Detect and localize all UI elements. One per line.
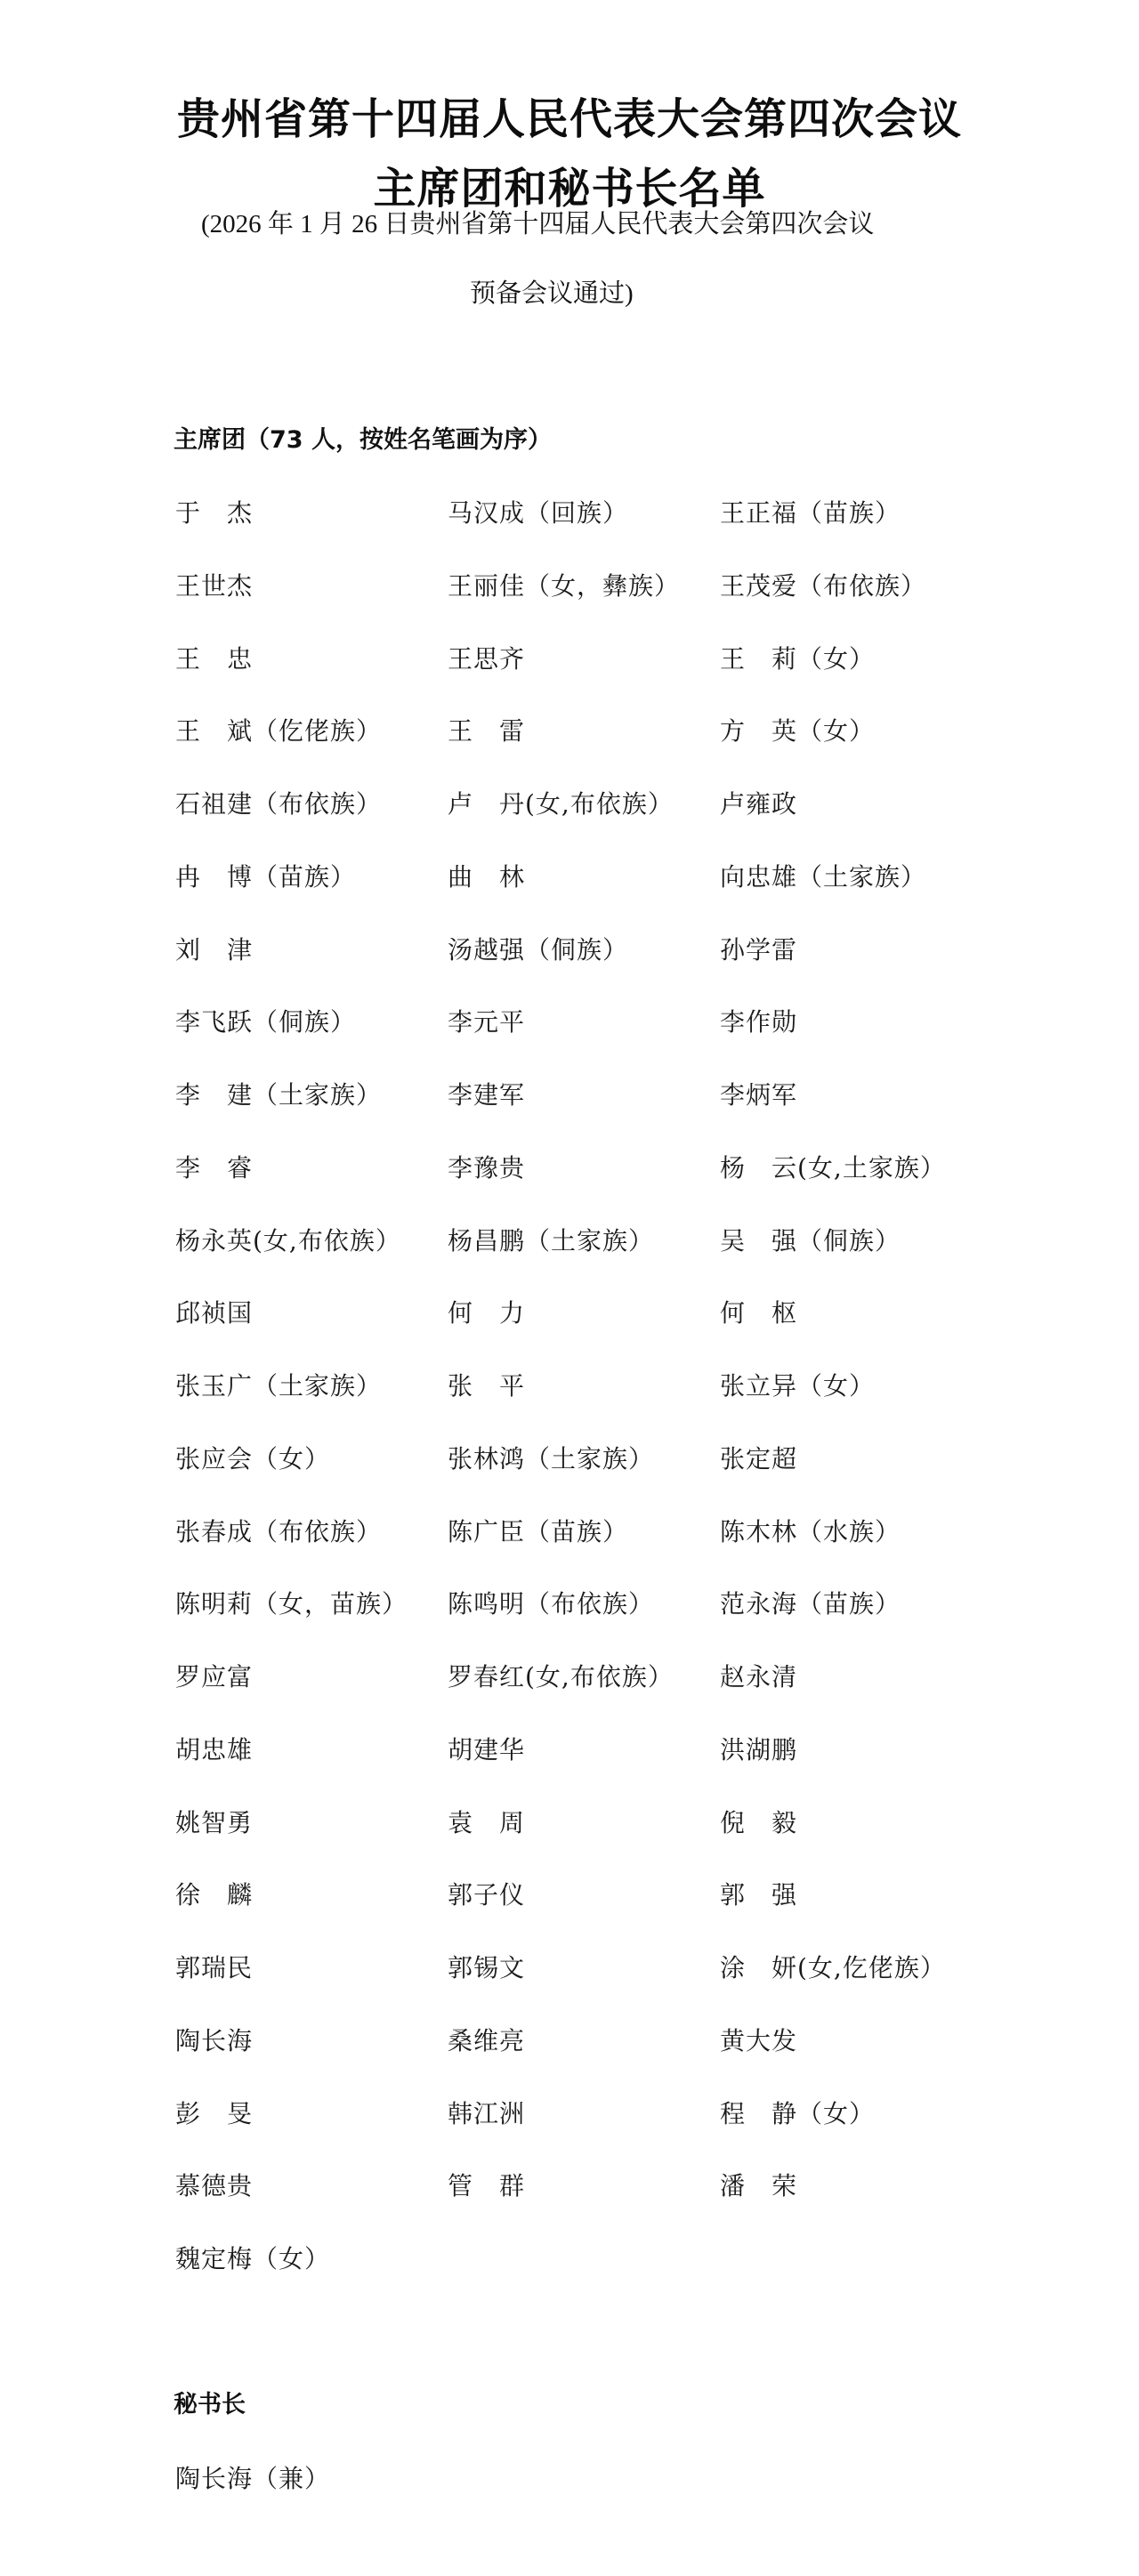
presidium-member: 王思齐 [448, 642, 720, 715]
presidium-member: 徐 麟 [175, 1877, 448, 1950]
presidium-member: 郭 强 [720, 1877, 1030, 1950]
presidium-member: 管 群 [448, 2168, 720, 2241]
presidium-member: 石祖建（布依族） [175, 787, 448, 860]
presidium-member: 李炳军 [720, 1078, 1030, 1151]
presidium-member: 汤越强（侗族） [448, 933, 720, 1005]
presidium-member: 王 莉（女） [720, 642, 1030, 715]
presidium-member: 赵永清 [720, 1659, 1030, 1732]
document-title-line-2: 主席团和秘书长名单 [0, 164, 1139, 214]
presidium-member: 胡忠雄 [175, 1732, 448, 1805]
presidium-member: 卢雍政 [720, 787, 1030, 860]
secretary-general-list: 陶长海（兼） [175, 2461, 330, 2497]
presidium-member: 王 雷 [448, 714, 720, 787]
presidium-member: 陈鸣明（布依族） [448, 1587, 720, 1659]
presidium-member: 刘 津 [175, 933, 448, 1005]
presidium-member: 杨永英(女,布依族） [175, 1223, 448, 1296]
presidium-member: 韩江洲 [448, 2096, 720, 2169]
presidium-member: 陈广臣（苗族） [448, 1514, 720, 1587]
presidium-member: 向忠雄（土家族） [720, 860, 1030, 933]
presidium-member: 张春成（布依族） [175, 1514, 448, 1587]
presidium-member: 杨 云(女,土家族） [720, 1151, 1030, 1223]
presidium-member: 魏定梅（女） [175, 2241, 448, 2314]
presidium-member: 何 力 [448, 1296, 720, 1369]
presidium-member: 李作勋 [720, 1005, 1030, 1078]
presidium-member: 罗春红(女,布依族） [448, 1659, 720, 1732]
secretary-general-member: 陶长海（兼） [175, 2461, 330, 2497]
presidium-member: 吴 强（侗族） [720, 1223, 1030, 1296]
presidium-member: 涂 妍(女,仡佬族） [720, 1950, 1030, 2023]
presidium-member: 程 静（女） [720, 2096, 1030, 2169]
presidium-member: 慕德贵 [175, 2168, 448, 2241]
presidium-heading: 主席团（73 人，按姓名笔画为序） [174, 426, 552, 455]
presidium-member: 黄大发 [720, 2023, 1030, 2096]
presidium-member: 于 杰 [175, 496, 448, 569]
presidium-member: 王世杰 [175, 569, 448, 642]
presidium-member: 卢 丹(女,布依族） [448, 787, 720, 860]
presidium-member: 李 睿 [175, 1151, 448, 1223]
presidium-member: 邱祯国 [175, 1296, 448, 1369]
presidium-member: 郭锡文 [448, 1950, 720, 2023]
presidium-member: 李建军 [448, 1078, 720, 1151]
presidium-member: 郭子仪 [448, 1877, 720, 1950]
presidium-member: 张应会（女） [175, 1441, 448, 1514]
presidium-member: 陶长海 [175, 2023, 448, 2096]
presidium-member: 孙学雷 [720, 933, 1030, 1005]
presidium-member: 冉 博（苗族） [175, 860, 448, 933]
presidium-member: 王正福（苗族） [720, 496, 1030, 569]
document-subtitle-line-2: 预备会议通过) [470, 279, 634, 309]
presidium-member: 袁 周 [448, 1805, 720, 1878]
presidium-member: 姚智勇 [175, 1805, 448, 1878]
presidium-member-list: 于 杰马汉成（回族）王正福（苗族）王世杰王丽佳（女，彝族）王茂爱（布依族）王 忠… [175, 496, 1030, 2314]
presidium-member: 王丽佳（女，彝族） [448, 569, 720, 642]
presidium-member: 李飞跃（侗族） [175, 1005, 448, 1078]
presidium-member: 李 建（土家族） [175, 1078, 448, 1151]
presidium-member: 王茂爱（布依族） [720, 569, 1030, 642]
presidium-member: 张林鸿（土家族） [448, 1441, 720, 1514]
presidium-member: 曲 林 [448, 860, 720, 933]
presidium-member: 方 英（女） [720, 714, 1030, 787]
presidium-member: 张 平 [448, 1369, 720, 1441]
presidium-member: 杨昌鹏（土家族） [448, 1223, 720, 1296]
presidium-member: 陈明莉（女，苗族） [175, 1587, 448, 1659]
presidium-member: 彭 旻 [175, 2096, 448, 2169]
presidium-member: 张定超 [720, 1441, 1030, 1514]
presidium-member: 范永海（苗族） [720, 1587, 1030, 1659]
presidium-member: 洪湖鹏 [720, 1732, 1030, 1805]
presidium-member: 王 斌（仡佬族） [175, 714, 448, 787]
document-subtitle-line-1: (2026 年 1 月 26 日贵州省第十四届人民代表大会第四次会议 [201, 209, 874, 239]
presidium-member: 罗应富 [175, 1659, 448, 1732]
presidium-member: 倪 毅 [720, 1805, 1030, 1878]
presidium-member: 陈木林（水族） [720, 1514, 1030, 1587]
document-title-line-1: 贵州省第十四届人民代表大会第四次会议 [0, 94, 1139, 144]
presidium-member: 何 枢 [720, 1296, 1030, 1369]
secretary-general-heading: 秘书长 [174, 2391, 246, 2419]
presidium-member: 李豫贵 [448, 1151, 720, 1223]
presidium-member: 李元平 [448, 1005, 720, 1078]
presidium-member: 王 忠 [175, 642, 448, 715]
presidium-member: 潘 荣 [720, 2168, 1030, 2241]
presidium-member: 桑维亮 [448, 2023, 720, 2096]
presidium-member: 胡建华 [448, 1732, 720, 1805]
presidium-member: 郭瑞民 [175, 1950, 448, 2023]
presidium-member: 马汉成（回族） [448, 496, 720, 569]
presidium-member: 张玉广（土家族） [175, 1369, 448, 1441]
presidium-member: 张立异（女） [720, 1369, 1030, 1441]
